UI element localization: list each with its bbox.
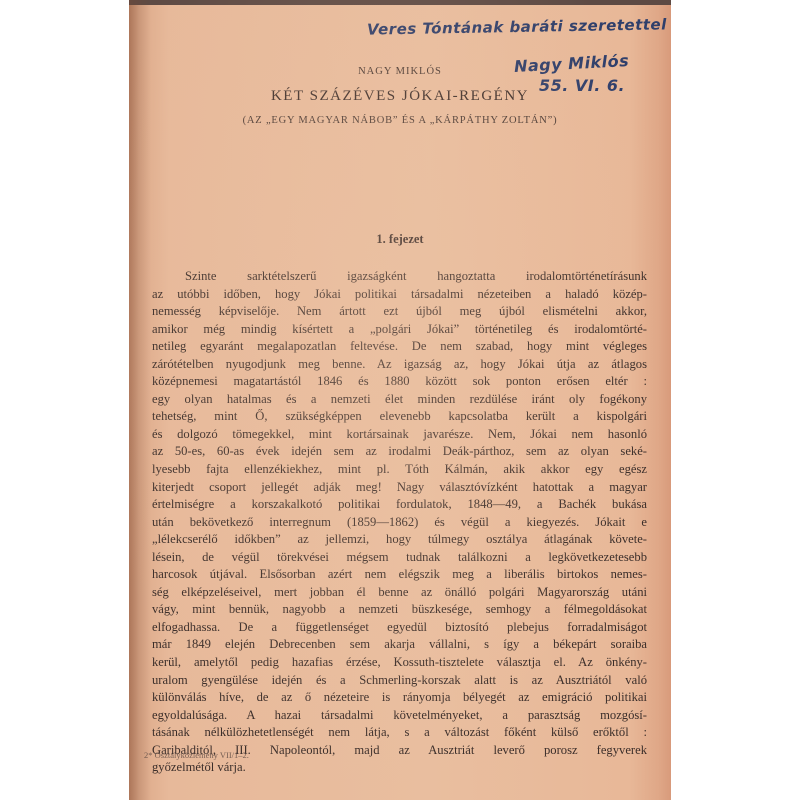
body-line: az 50-es, 60-as évek idején sem az iroda… — [152, 443, 647, 461]
body-line: már 1849 elején Debrecenben sem akarja v… — [152, 636, 647, 654]
body-line: vágy, mint bennük, nagyobb a nemzeti büs… — [152, 601, 647, 619]
author-name: NAGY MIKLÓS — [129, 66, 671, 77]
document-subtitle: (AZ „EGY MAGYAR NÁBOB” ÉS A „KÁRPÁTHY ZO… — [129, 115, 671, 126]
body-line: netileg egyaránt megalapozatlan feltevés… — [152, 338, 647, 356]
body-line: ség elképzeléseivel, mert jobban él benn… — [152, 584, 647, 602]
body-line: tásának nélkülözhetetlenségét nem látja,… — [152, 724, 647, 742]
body-line: kiterjedt csoport jellegét adják meg! Na… — [152, 479, 647, 497]
body-line: tehetség, mint Ő, szükségképpen eleveneb… — [152, 408, 647, 426]
body-line: harcosok útjával. Elsősorban azért nem e… — [152, 566, 647, 584]
body-line: amikor még mindig kísértett a „polgári J… — [152, 321, 647, 339]
body-line: kerül, amelytől pedig hazafias érzése, K… — [152, 654, 647, 672]
scanned-page: Veres Tóntának baráti szeretettel Nagy M… — [129, 0, 671, 800]
body-line: után bekövetkező interregnum (1859—1862)… — [152, 514, 647, 532]
body-line: egyoldalúsága. A hazai társadalmi követe… — [152, 707, 647, 725]
body-line: „lélekcserélő időkben” az jellemzi, hogy… — [152, 531, 647, 549]
body-line: egy olyan hatalmas és a nemzeti élet min… — [152, 391, 647, 409]
body-line: uralom gyengülése idején és a Schmerling… — [152, 672, 647, 690]
body-line: elfogadhassa. De a függetlenséget egyedü… — [152, 619, 647, 637]
body-line: győzelmétől várja. — [152, 759, 647, 777]
body-line: középnemesi magatartástól 1846 és 1880 k… — [152, 373, 647, 391]
body-line: lyesebb fajta ellenzékiekhez, mint pl. T… — [152, 461, 647, 479]
handwritten-dedication: Veres Tóntának baráti szeretettel — [367, 15, 667, 38]
body-line: különválás híve, de az ő nézeteire is rá… — [152, 689, 647, 707]
body-line: lésein, de végül törekvései mégsem tudna… — [152, 549, 647, 567]
footnote: 2* Osztályközlemény VII/1–2. — [144, 750, 249, 760]
body-line: és dolgozó tömegekkel, mint kortársainak… — [152, 426, 647, 444]
body-line: az utóbbi időben, hogy Jókai politikai t… — [152, 286, 647, 304]
body-line: zárótételben nyugodjunk meg benne. Az ig… — [152, 356, 647, 374]
body-line: Szinte sarktételszerű igazságként hangoz… — [152, 268, 647, 286]
chapter-heading: 1. fejezet — [129, 232, 671, 247]
body-line: nemesség képviselője. Nem ártott ezt újb… — [152, 303, 647, 321]
document-title: KÉT SZÁZÉVES JÓKAI-REGÉNY — [129, 88, 671, 105]
body-line: értelmiségre a korszakalkotó politikai f… — [152, 496, 647, 514]
body-paragraph: Szinte sarktételszerű igazságként hangoz… — [152, 268, 647, 777]
